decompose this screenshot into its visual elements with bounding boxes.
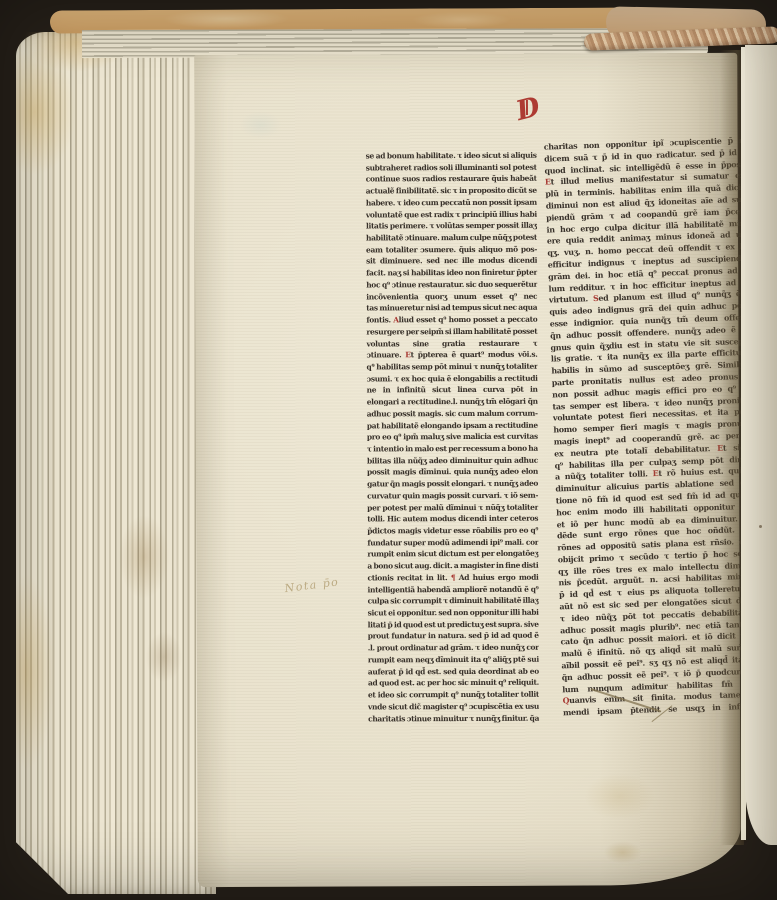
- text-line: elongari a rectitudine.l. nunq̃ʒ tm̃ elõ…: [367, 396, 538, 408]
- paper-stain: [569, 763, 669, 829]
- rubricated-initial: Q: [562, 697, 569, 706]
- text-line: incõvenientia quorʒ unum esset q⁹ nec ha…: [366, 290, 537, 302]
- text-line: ctionis recitat in lit. ¶ Ad huius ergo …: [367, 572, 538, 584]
- text-line: pro eo q⁹ ipm̃ maluʒ sive malicia est cu…: [367, 431, 538, 443]
- text-line: pat habilitatẽ elongando ipsam a rectitu…: [367, 419, 538, 431]
- rubricated-initial: E: [405, 350, 410, 359]
- text-line: et ideo sic corrumpit q⁹ nunq̃ʒ totalite…: [368, 689, 539, 701]
- book-photo: D se ad bonum habilitate. τ ideo sicut s…: [0, 0, 777, 900]
- rubricated-initial: ¶: [451, 573, 455, 582]
- text-line: ad quod est. ac per hoc sic minuit q⁹ re…: [368, 677, 539, 689]
- text-line: fontis. Aliud esset q⁹ homo posset a pec…: [366, 314, 537, 326]
- text-line: fundatur super modũ adimendi ipi⁹ mali. …: [367, 536, 538, 548]
- text-line: eam totaliter ɔsumere. q̃uis aliquo mõ p…: [366, 243, 537, 255]
- text-line: voluntas sine gratia restaurare τ restau…: [366, 337, 537, 349]
- text-line: rumpit eam neqʒ dĩminuit ita q⁹ aliq̃ʒ p…: [368, 654, 539, 666]
- text-line: adhuc possit magis. sic cum malum corrum…: [367, 408, 538, 420]
- text-line: .l. prout ordinatur ad grām. τ ideo nunq…: [368, 642, 539, 654]
- text-line: hoc q⁹ ɔtinue restauratur. sic duo seque…: [366, 279, 537, 291]
- rubricated-initial: S: [593, 294, 599, 303]
- text-line: tas minueretur nisi ad tempus sicut nec …: [366, 302, 537, 314]
- text-line: p̃dictos magis videtur esse rõabilis pro…: [367, 525, 538, 537]
- rubricated-initial: E: [545, 178, 551, 187]
- page-stack-fore-edge: [16, 32, 216, 894]
- text-line: τ intentio in malo est per recessum a bo…: [367, 443, 538, 455]
- rubricated-initial: E: [653, 469, 659, 478]
- text-line: prout fundatur in natura. sed p̄ id ad q…: [368, 630, 539, 642]
- text-column-left: se ad bonum habilitate. τ ideo sicut si …: [366, 150, 540, 725]
- rubricated-initial: A: [393, 315, 399, 324]
- text-line: actualẽ finibilitatẽ. sic τ in proposito…: [366, 185, 537, 197]
- text-line: a bono sicut aug. dicit. a magister in f…: [367, 560, 538, 572]
- text-line: sit diminuere. sed nec ille modus dicend…: [366, 255, 537, 267]
- text-line: charitatis ɔtinue minuitur τ nunq̃ʒ fini…: [368, 712, 539, 724]
- text-line: gatur q̃n magis possit elongari. τ nunq̃…: [367, 478, 538, 490]
- paper-stain: [596, 836, 650, 868]
- text-line: possit magis dĩminui. quia nunq̃ʒ adeo e…: [367, 466, 538, 478]
- text-line: ɔsumi. τ ex hoc quia ẽ elongabilis a rec…: [367, 372, 538, 384]
- quire-mark: D: [513, 91, 543, 127]
- text-line: habilitatẽ ɔtinuare. malum culpe nũq̃ʒ p…: [366, 232, 537, 244]
- text-line: litati p̄ id quod est ut predictuʒ est s…: [368, 618, 539, 630]
- text-line: bilitas illa nũq̃ʒ adeo diminuitur quin …: [367, 454, 538, 466]
- text-line: habere. τ ideo cum peccatũ non possit ip…: [366, 197, 537, 209]
- paper-stain: [230, 105, 290, 145]
- text-line: intelligentiã habendã ampliorẽ notandũ ẽ…: [367, 583, 538, 595]
- text-line: ɔtinuare. Et p̄pterea ẽ quart⁹ modus vōi…: [366, 349, 537, 361]
- text-line: ne in infinitũ sicut linea curva pōt in …: [367, 384, 538, 396]
- text-line: facit. naʒ si habilitas ideo non finiret…: [366, 267, 537, 279]
- text-line: vnde sicut dic̃ magister q⁹ ɔcupiscẽtia …: [368, 700, 539, 712]
- text-line: sicut ei opponitur. sed non opponitur il…: [368, 607, 539, 619]
- stray-fiber: [591, 688, 662, 712]
- text-line: resurgere per seipm̃ si illam habilitatẽ…: [366, 325, 537, 337]
- text-line: voluntatẽ que est radix τ principiũ illi…: [366, 208, 537, 220]
- stray-fiber: [651, 705, 672, 722]
- text-line: rumpit enim sicut dictum est per elongat…: [367, 548, 538, 560]
- text-line: q⁹ habilitas semp pōt minui τ nunq̃ʒ tot…: [367, 361, 538, 373]
- text-line: per potest per malũ dĩminui τ nũq̃ʒ tota…: [367, 501, 538, 513]
- text-line: curvatur quin magis possit curvari. τ iõ…: [367, 490, 538, 502]
- text-line: subtraheret radios soli illuminanti sol …: [366, 161, 537, 173]
- text-line: culpa sic corrumpit τ diminuit habilitat…: [368, 595, 539, 607]
- open-page: D se ad bonum habilitate. τ ideo sicut s…: [194, 53, 741, 887]
- text-line: litatis perimere. τ volũtas semper possi…: [366, 220, 537, 232]
- facing-page-edge: [745, 45, 777, 845]
- text-line: continue suos radios restaurare q̃uis ha…: [366, 173, 537, 185]
- marginal-note: Nota p̄o: [284, 575, 340, 595]
- text-line: auferat p̄ id qd̄ est. sed quia deordina…: [368, 665, 539, 677]
- text-line: tolli. Hic autem modus dicendi inter cet…: [367, 513, 538, 525]
- text-line: se ad bonum habilitate. τ ideo sicut si …: [366, 150, 537, 162]
